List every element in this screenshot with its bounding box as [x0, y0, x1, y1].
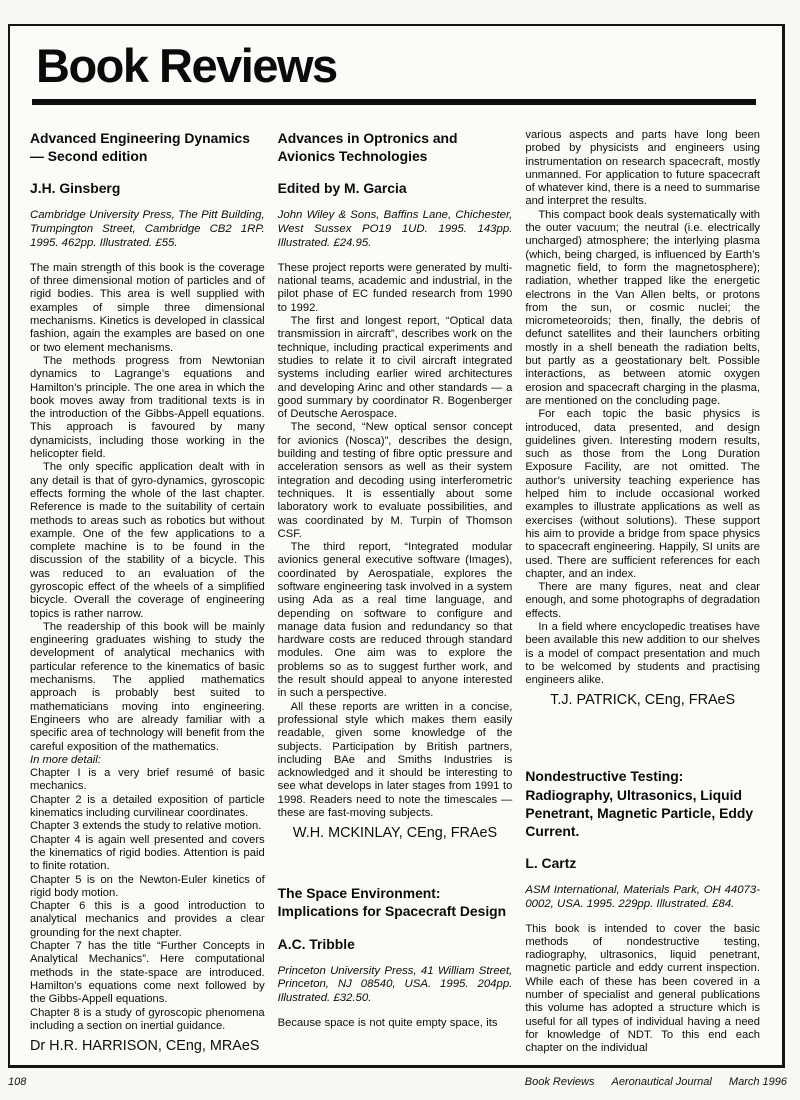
chapter-summary: Chapter 7 has the title “Further Concept…: [30, 940, 265, 1006]
review-paragraph-continuation: various aspects and parts have long been…: [525, 129, 760, 209]
review-paragraph: For each topic the basic physics is intr…: [525, 408, 760, 581]
review-paragraph: The third report, “Integrated modular av…: [278, 541, 513, 701]
review-paragraph: All these reports are written in a conci…: [278, 701, 513, 821]
title-rule: [32, 99, 756, 105]
more-detail-label: In more detail:: [30, 754, 265, 767]
review-publisher: ASM International, Materials Park, OH 44…: [525, 884, 760, 912]
footer-journal-line: Book Reviews Aeronautical Journal March …: [511, 1076, 787, 1088]
book-reviews-page: Book Reviews Advanced Engineering Dynami…: [0, 0, 800, 1100]
review-paragraph: Because space is not quite empty space, …: [278, 1017, 513, 1030]
page-footer: 108 Book Reviews Aeronautical Journal Ma…: [8, 1076, 787, 1088]
review-title: Nondestructive Testing: Radiography, Ult…: [525, 767, 760, 839]
review-author: A.C. Tribble: [278, 936, 513, 952]
page-title: Book Reviews: [36, 42, 760, 89]
footer-journal: Aeronautical Journal: [612, 1076, 712, 1088]
chapter-summary: Chapter 8 is a study of gyroscopic pheno…: [30, 1007, 265, 1034]
review-paragraph: This book is intended to cover the basic…: [525, 923, 760, 1056]
review-title: The Space Environment: Implications for …: [278, 884, 513, 920]
review-title: Advanced Engineering Dynamics — Second e…: [30, 129, 265, 165]
review-author: L. Cartz: [525, 855, 760, 871]
review-paragraph: The second, “New optical sensor concept …: [278, 421, 513, 541]
review-paragraph: The first and longest report, “Optical d…: [278, 315, 513, 421]
page-number: 108: [8, 1076, 26, 1088]
review-author: Edited by M. Garcia: [278, 180, 513, 196]
chapter-summary: Chapter 6 this is a good introduction to…: [30, 900, 265, 940]
review-publisher: Cambridge University Press, The Pitt Bui…: [30, 209, 265, 251]
column-container: Advanced Engineering Dynamics — Second e…: [30, 129, 760, 1056]
review-publisher: Princeton University Press, 41 William S…: [278, 965, 513, 1007]
chapter-summary: Chapter 2 is a detailed exposition of pa…: [30, 794, 265, 821]
review-paragraph: The only specific application dealt with…: [30, 461, 265, 621]
column-2: Advances in Optronics and Avionics Techn…: [278, 129, 513, 1056]
review-paragraph: These project reports were generated by …: [278, 262, 513, 315]
reviewer-signature: Dr H.R. HARRISON, CEng, MRAeS: [30, 1037, 265, 1055]
chapter-summary: Chapter I is a very brief resumé of basi…: [30, 767, 265, 794]
review-paragraph: The main strength of this book is the co…: [30, 262, 265, 355]
review-paragraph: The readership of this book will be main…: [30, 621, 265, 754]
chapter-summary: Chapter 5 is on the Newton-Euler kinetic…: [30, 874, 265, 901]
review-paragraph: There are many figures, neat and clear e…: [525, 581, 760, 621]
footer-date: March 1996: [729, 1076, 787, 1088]
review-title: Advances in Optronics and Avionics Techn…: [278, 129, 513, 165]
review-paragraph: In a field where encyclopedic treatises …: [525, 621, 760, 687]
review-paragraph: The methods progress from Newtonian dyna…: [30, 355, 265, 461]
reviewer-signature: W.H. MCKINLAY, CEng, FRAeS: [278, 824, 513, 842]
chapter-summary: Chapter 4 is again well presented and co…: [30, 834, 265, 874]
column-1: Advanced Engineering Dynamics — Second e…: [30, 129, 265, 1056]
footer-section: Book Reviews: [525, 1076, 595, 1088]
page-frame: Book Reviews Advanced Engineering Dynami…: [8, 24, 785, 1068]
column-3: various aspects and parts have long been…: [525, 129, 760, 1056]
review-publisher: John Wiley & Sons, Baffins Lane, Chiches…: [278, 209, 513, 251]
chapter-summary: Chapter 3 extends the study to relative …: [30, 820, 265, 833]
reviewer-signature: T.J. PATRICK, CEng, FRAeS: [525, 691, 760, 709]
review-author: J.H. Ginsberg: [30, 180, 265, 196]
review-paragraph: This compact book deals systematically w…: [525, 209, 760, 408]
